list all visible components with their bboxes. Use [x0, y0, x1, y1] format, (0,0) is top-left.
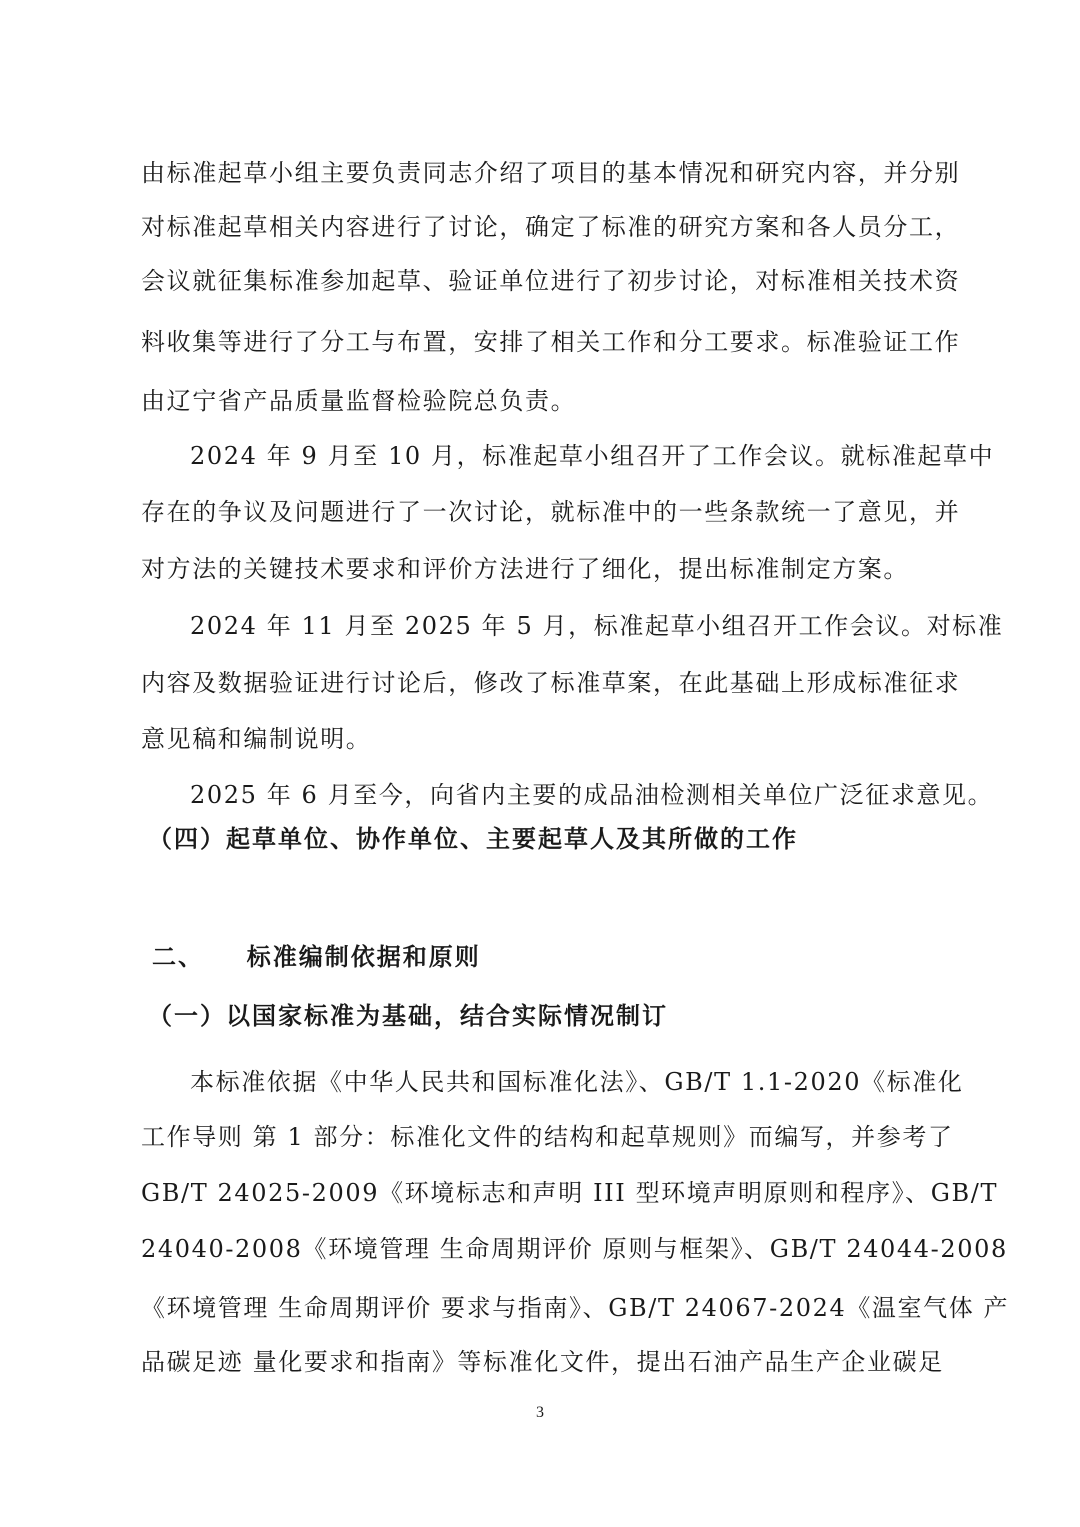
page-number: 3 — [0, 1404, 1080, 1422]
paragraph-line: 内容及数据验证进行讨论后，修改了标准草案，在此基础上形成标准征求 — [141, 667, 941, 699]
paragraph-line: GB/T 24025-2009《环境标志和声明 III 型环境声明原则和程序》、… — [141, 1177, 941, 1209]
paragraph-line: 品碳足迹 量化要求和指南》等标准化文件，提出石油产品生产企业碳足 — [141, 1346, 941, 1378]
paragraph-line: 由辽宁省产品质量监督检验院总负责。 — [141, 385, 941, 417]
paragraph-line: 意见稿和编制说明。 — [141, 723, 941, 755]
subsection-heading: （四）起草单位、协作单位、主要起草人及其所做的工作 — [148, 823, 948, 855]
section-title: 标准编制依据和原则 — [247, 942, 481, 971]
paragraph-line: 2024 年 11 月至 2025 年 5 月，标准起草小组召开工作会议。对标准 — [190, 610, 941, 642]
section-number: 二、 — [152, 942, 204, 971]
paragraph-line: 2024 年 9 月至 10 月，标准起草小组召开了工作会议。就标准起草中 — [190, 440, 941, 472]
paragraph-line: 工作导则 第 1 部分：标准化文件的结构和起草规则》而编写，并参考了 — [141, 1121, 941, 1153]
subsection-heading: （一）以国家标准为基础，结合实际情况制订 — [148, 1000, 948, 1032]
paragraph-line: 2025 年 6 月至今，向省内主要的成品油检测相关单位广泛征求意见。 — [190, 779, 941, 811]
paragraph-line: 对方法的关键技术要求和评价方法进行了细化，提出标准制定方案。 — [141, 553, 941, 585]
paragraph-line: 24040-2008《环境管理 生命周期评价 原则与框架》、GB/T 24044… — [141, 1233, 941, 1265]
paragraph-line: 会议就征集标准参加起草、验证单位进行了初步讨论，对标准相关技术资 — [141, 265, 941, 297]
paragraph-line: 料收集等进行了分工与布置，安排了相关工作和分工要求。标准验证工作 — [141, 326, 941, 358]
paragraph-line: 对标准起草相关内容进行了讨论，确定了标准的研究方案和各人员分工， — [141, 211, 941, 243]
paragraph-line: 《环境管理 生命周期评价 要求与指南》、GB/T 24067-2024《温室气体… — [141, 1292, 941, 1324]
paragraph-line: 存在的争议及问题进行了一次讨论，就标准中的一些条款统一了意见，并 — [141, 496, 941, 528]
paragraph-line: 本标准依据《中华人民共和国标准化法》、GB/T 1.1-2020《标准化 — [190, 1066, 941, 1098]
section-heading: 二、 标准编制依据和原则 — [152, 941, 952, 973]
document-page: 由标准起草小组主要负责同志介绍了项目的基本情况和研究内容，并分别 对标准起草相关… — [0, 0, 1080, 1527]
paragraph-line: 由标准起草小组主要负责同志介绍了项目的基本情况和研究内容，并分别 — [141, 157, 941, 189]
